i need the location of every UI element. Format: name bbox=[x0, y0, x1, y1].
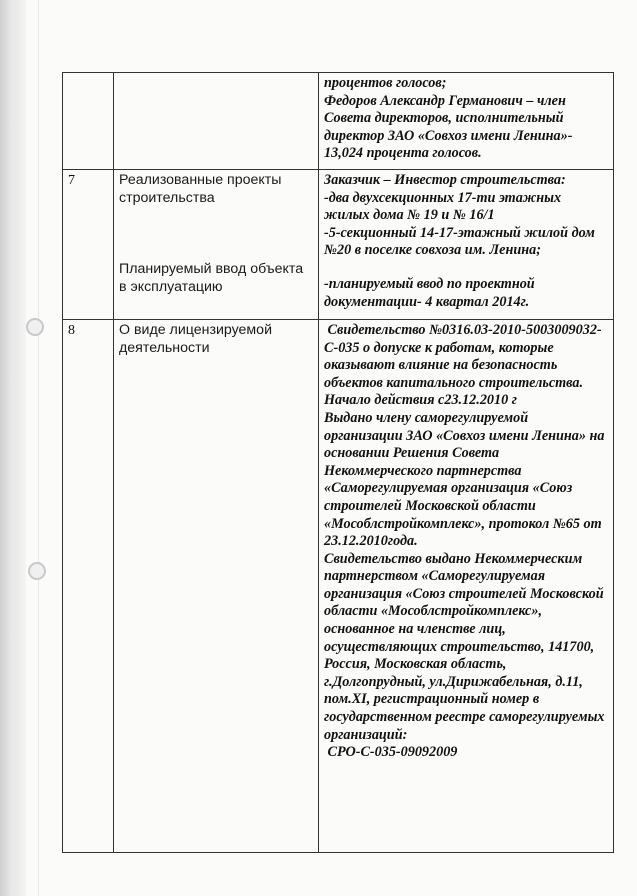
value-line: -планируемый ввод по проектной документа… bbox=[324, 276, 607, 311]
row-label: О виде лицензируемой деятельности bbox=[119, 322, 312, 357]
value-line: Свидетельство №0316.03-2010-5003009032-С… bbox=[324, 322, 607, 392]
page-fold-line bbox=[38, 0, 39, 896]
row-value-cell: процентов голосов; Федоров Александр Гер… bbox=[319, 73, 614, 170]
row-number-cell: 7 bbox=[63, 169, 114, 319]
value-line: -два двухсекционных 17-ти этажных жилых … bbox=[324, 190, 607, 225]
row-number: 8 bbox=[68, 323, 75, 338]
row-value-cell: Заказчик – Инвестор строительства: -два … bbox=[319, 169, 614, 319]
row-number-cell: 8 bbox=[63, 319, 114, 852]
row-label-secondary: Планируемый ввод объекта в эксплуатацию bbox=[119, 261, 312, 296]
value-line: Начало действия с23.12.2010 г bbox=[324, 392, 607, 410]
value-line: СРО-С-035-09092009 bbox=[324, 744, 607, 762]
value-line: Федоров Александр Германович – член Сове… bbox=[324, 93, 607, 163]
row-label-cell: О виде лицензируемой деятельности bbox=[114, 319, 319, 852]
row-label-primary: Реализованные проекты строительства bbox=[119, 172, 312, 207]
spacer bbox=[119, 207, 312, 242]
spacer bbox=[324, 260, 607, 276]
info-table: процентов голосов; Федоров Александр Гер… bbox=[62, 72, 614, 853]
table-row-continuation: процентов голосов; Федоров Александр Гер… bbox=[63, 73, 614, 170]
value-line: Выдано члену саморегулируемой организаци… bbox=[324, 410, 607, 551]
table-row-7: 7 Реализованные проекты строительства Пл… bbox=[63, 169, 614, 319]
value-line: Заказчик – Инвестор строительства: bbox=[324, 172, 607, 190]
row-value-cell: Свидетельство №0316.03-2010-5003009032-С… bbox=[319, 319, 614, 852]
page-binding-shadow bbox=[0, 0, 26, 896]
value-line: -5-секционный 14-17-этажный жилой дом №2… bbox=[324, 225, 607, 260]
row-label-cell bbox=[114, 73, 319, 170]
table-row-8: 8 О виде лицензируемой деятельности Свид… bbox=[63, 319, 614, 852]
row-label-cell: Реализованные проекты строительства План… bbox=[114, 169, 319, 319]
value-line: процентов голосов; bbox=[324, 75, 607, 93]
row-number: 7 bbox=[68, 173, 75, 188]
binder-hole-top bbox=[26, 318, 44, 336]
row-number-cell bbox=[63, 73, 114, 170]
binder-hole-bottom bbox=[28, 562, 46, 580]
value-line: Свидетельство выдано Некоммерческим парт… bbox=[324, 551, 607, 745]
